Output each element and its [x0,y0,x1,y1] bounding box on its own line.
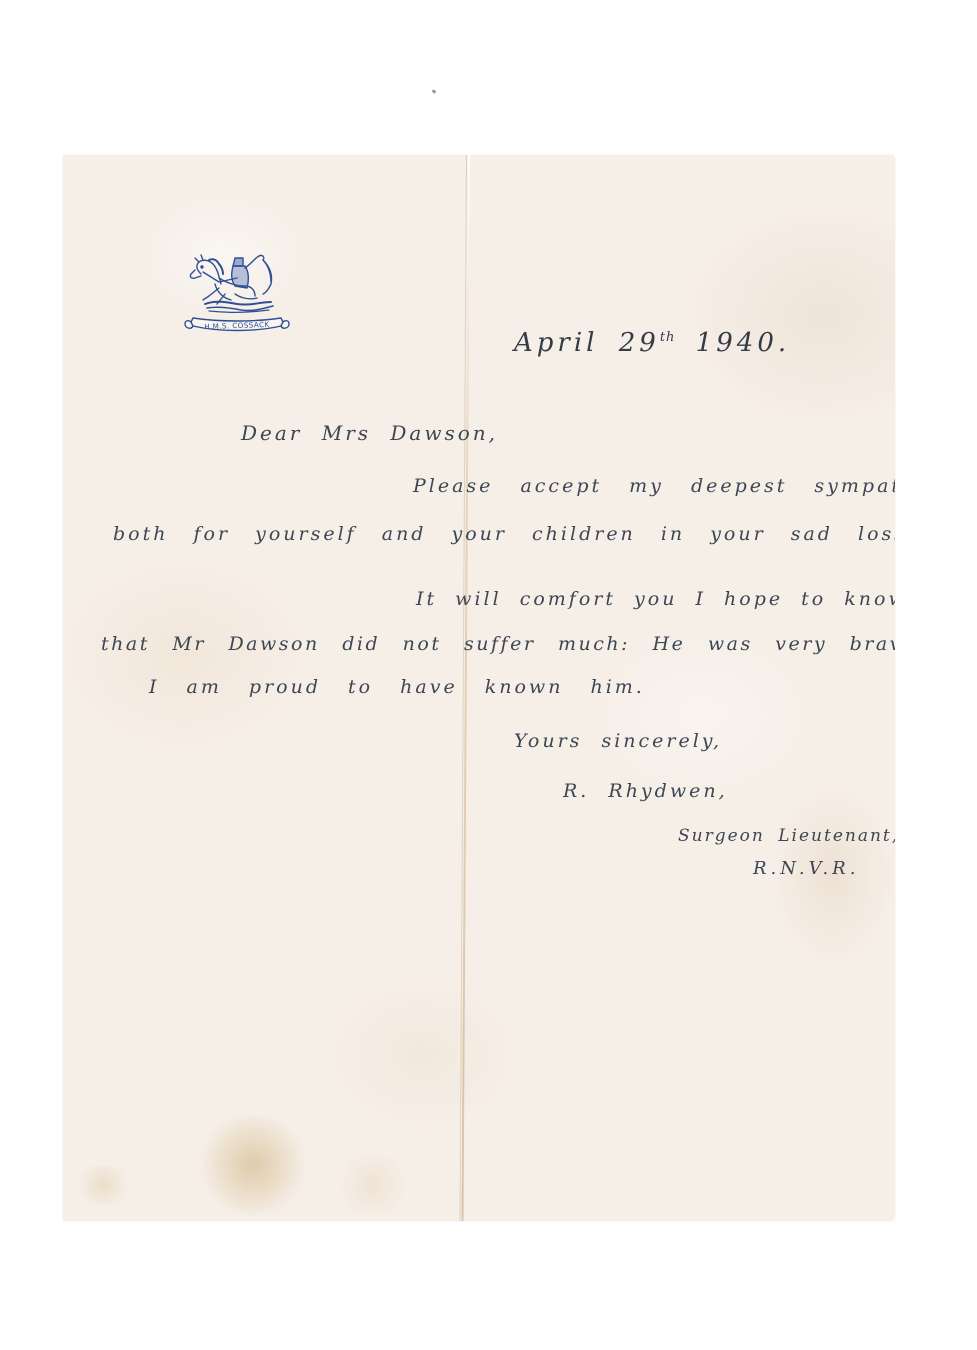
body-line: both for yourself and your children in y… [113,525,895,544]
body-line: It will comfort you I hope to know [416,590,895,609]
date-year: 1940. [696,328,790,358]
body-line: that Mr Dawson did not suffer much: He w… [101,635,895,654]
signatory-rank: Surgeon Lieutenant, [678,828,895,845]
water-stain [73,1165,133,1205]
body-line: I am proud to have known him. [149,678,645,697]
closing: Yours sincerely, [514,732,722,751]
dust-speck [432,89,437,94]
signatory-unit: R.N.V.R. [753,860,859,878]
letter-date: April 29th 1940. [514,330,790,356]
signature: R. Rhydwen, [563,782,728,801]
letter-paper: H.M.S. COSSACK April 29th 1940. Dear Mrs… [63,155,895,1221]
water-stain [198,1115,308,1215]
hms-cossack-crest-icon: H.M.S. COSSACK [179,248,295,340]
body-line: Please accept my deepest sympathy [413,477,895,496]
salutation: Dear Mrs Dawson, [241,423,498,443]
water-stain [333,1155,413,1215]
date-month-day: April 29 [514,328,660,358]
date-ordinal: th [660,330,676,345]
